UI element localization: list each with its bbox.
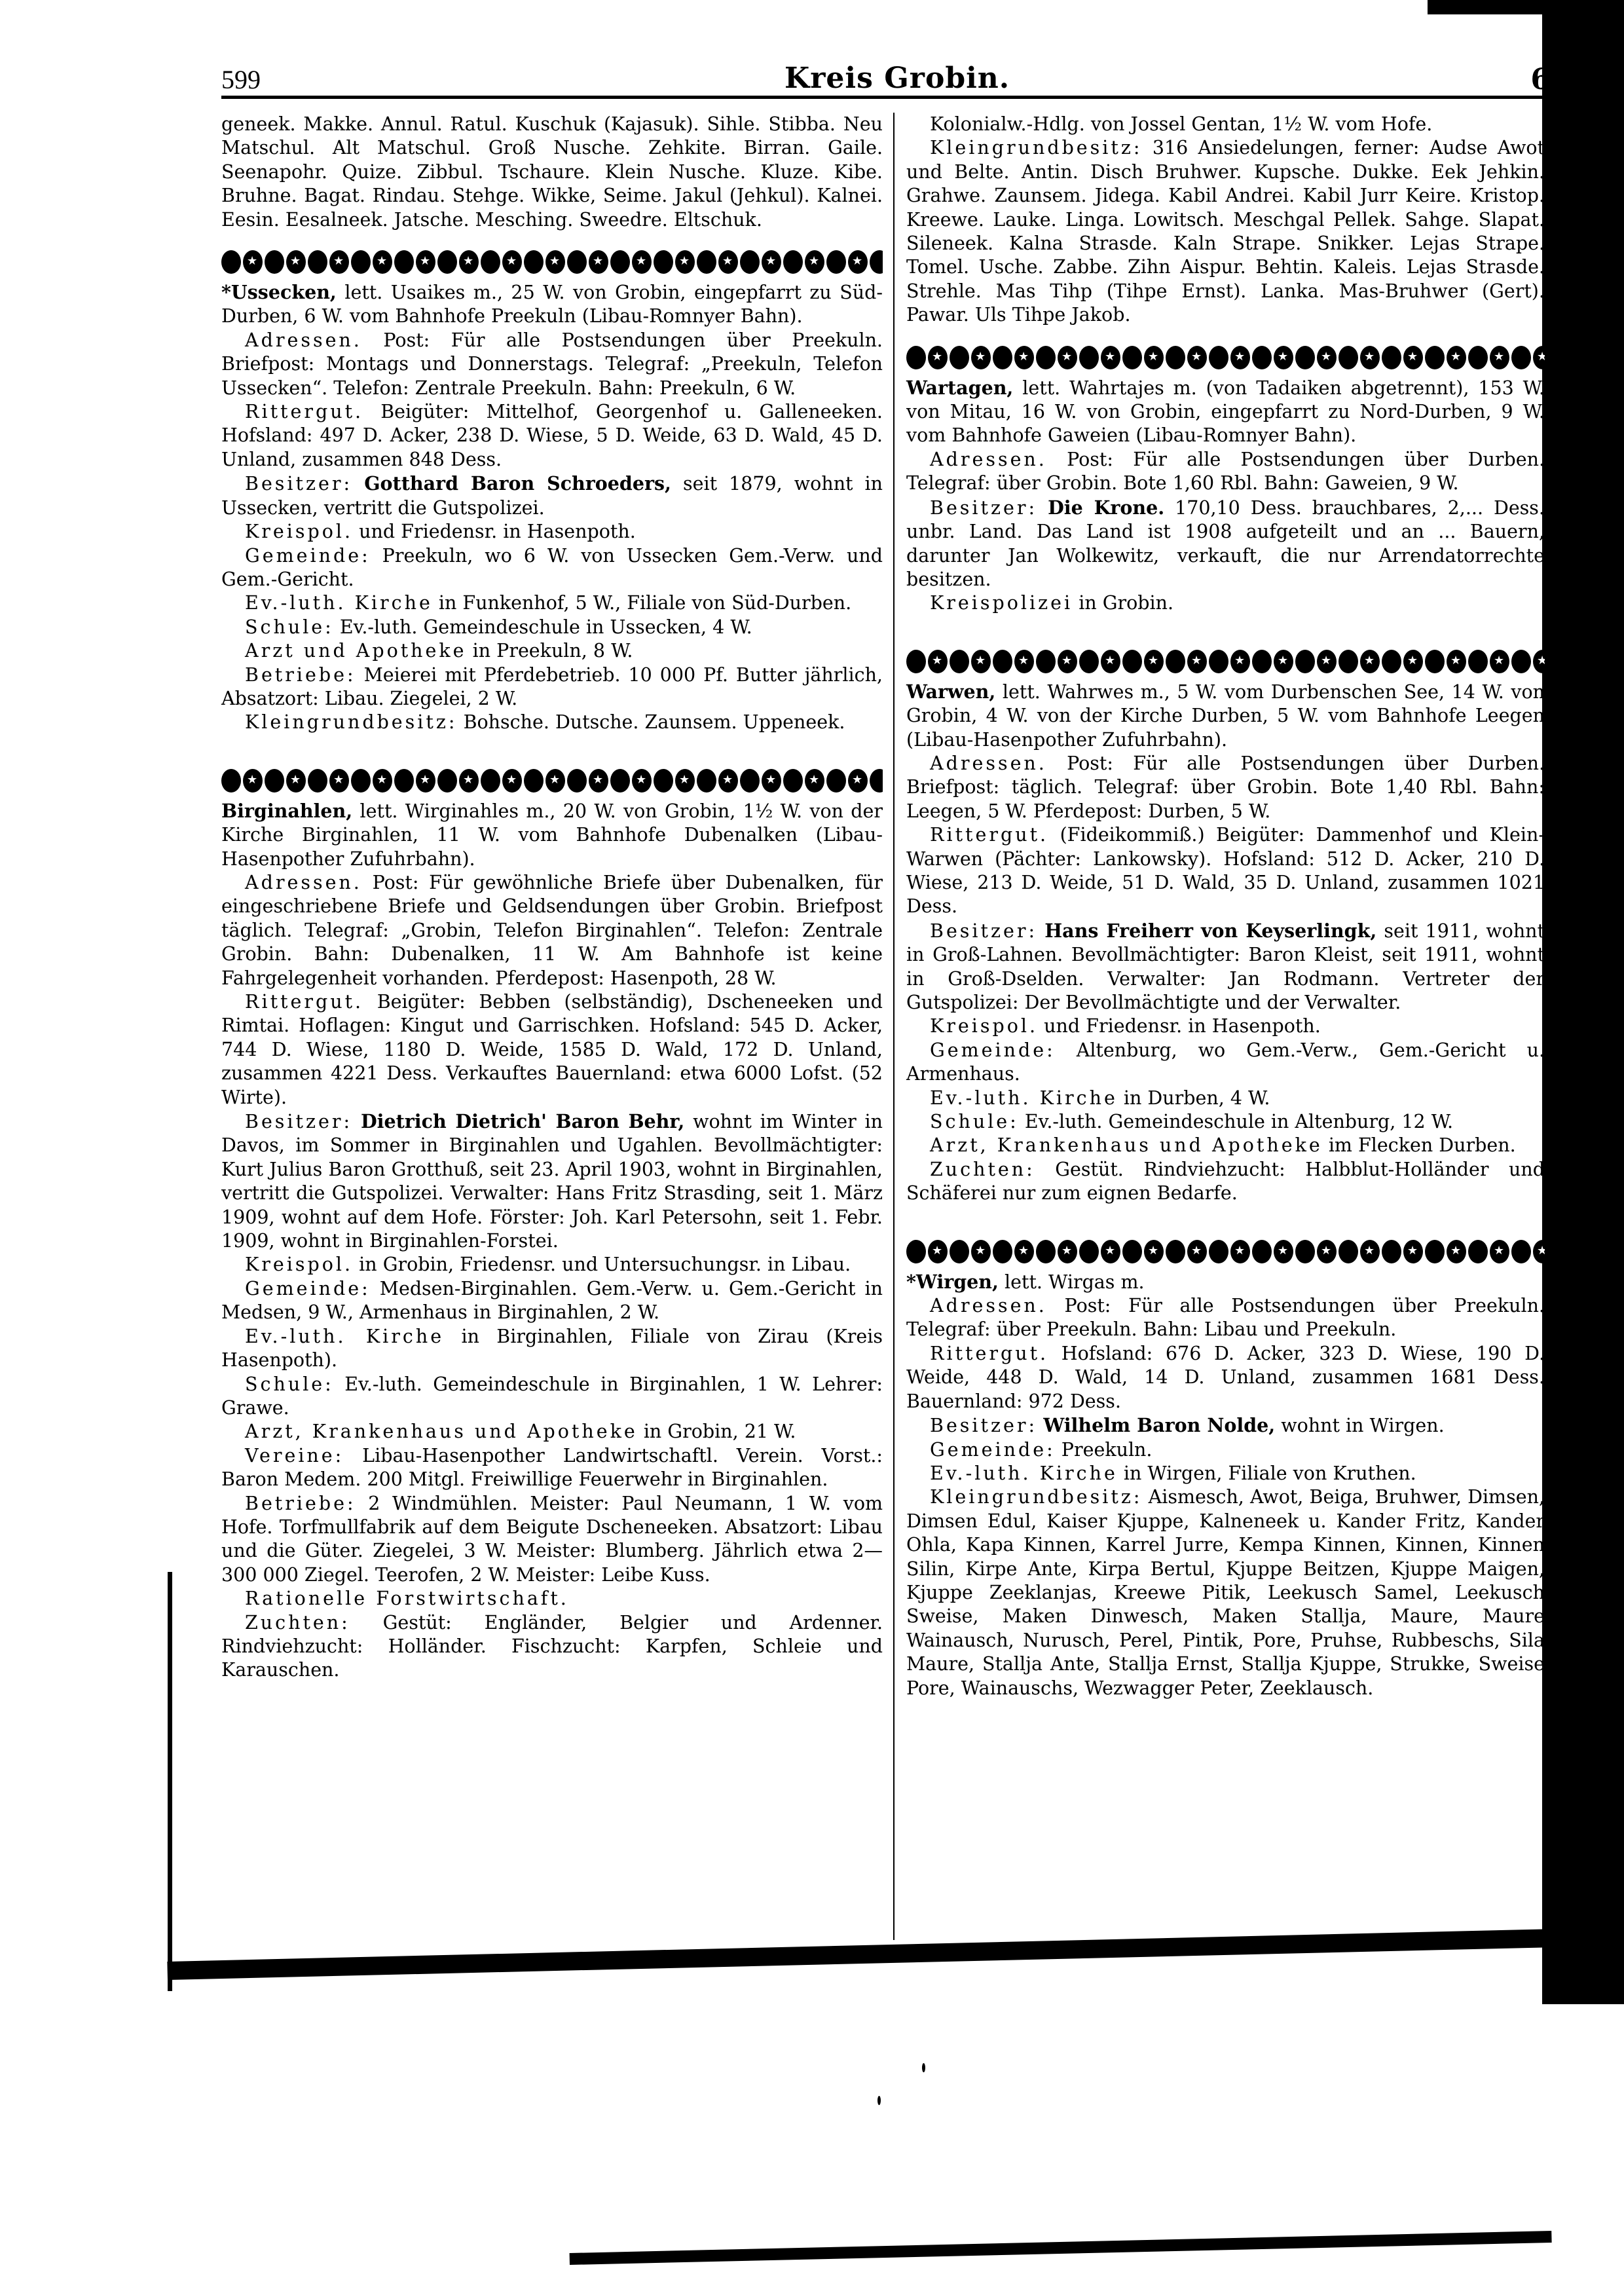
star-dot-icon xyxy=(1101,650,1120,673)
star-dot-icon xyxy=(1058,650,1077,673)
column-divider xyxy=(893,113,895,1940)
entry-paragraph: Rittergut. Beigüter: Bebben (selbständig… xyxy=(221,990,883,1110)
star-dot-icon xyxy=(1230,346,1250,369)
star-dot-icon xyxy=(1274,1240,1293,1263)
star-dot-icon xyxy=(1187,650,1207,673)
dot-icon xyxy=(993,650,1012,673)
star-dot-icon xyxy=(1014,346,1034,369)
star-dot-icon xyxy=(1360,650,1380,673)
dot-icon xyxy=(1338,346,1358,369)
dot-icon xyxy=(394,250,414,274)
dot-icon xyxy=(394,769,414,793)
entry-paragraph: Adressen. Post: Für alle Postsendungen ü… xyxy=(221,329,883,400)
dot-icon xyxy=(221,769,241,793)
star-dot-icon xyxy=(1058,1240,1077,1263)
directory-entry: *Wirgen, lett. Wirgas m.Adressen. Post: … xyxy=(906,1270,1545,1700)
field-label: Rittergut. xyxy=(930,1343,1048,1364)
entry-paragraph: Ev.-luth. Kirche in Funkenhof, 5 W., Fil… xyxy=(221,591,883,615)
star-dot-icon xyxy=(1317,346,1337,369)
star-dot-icon xyxy=(971,1240,991,1263)
star-dot-icon xyxy=(459,250,479,274)
scan-speck xyxy=(877,2096,881,2105)
entry-paragraph: Adressen. Post: Für alle Postsendungen ü… xyxy=(906,752,1545,823)
dot-icon xyxy=(906,650,926,673)
field-label: Gemeinde: xyxy=(245,1278,371,1299)
entry-paragraph: Rationelle Forstwirtschaft. xyxy=(221,1587,883,1611)
star-dot-icon xyxy=(1101,346,1120,369)
star-dot-icon xyxy=(589,769,608,793)
field-text: lett. Wirgas m. xyxy=(1005,1271,1145,1293)
star-dot-icon xyxy=(805,250,824,274)
entry-paragraph: Kreispol. und Friedensr. in Hasenpoth. xyxy=(221,520,883,544)
field-text: Kolonialw.-Hdlg. von Jossel Gentan, 1½ W… xyxy=(930,113,1432,135)
dot-icon xyxy=(740,769,760,793)
dot-icon xyxy=(437,769,457,793)
dot-icon xyxy=(610,250,630,274)
dot-icon xyxy=(1036,650,1056,673)
entry-paragraph: Betriebe: 2 Windmühlen. Meister: Paul Ne… xyxy=(221,1492,883,1588)
star-dot-icon xyxy=(1533,1240,1545,1263)
ornament-divider xyxy=(221,768,883,794)
left-column: geneek. Makke. Annul. Ratul. Kuschuk (Ka… xyxy=(221,113,883,1683)
dot-icon xyxy=(1382,1240,1401,1263)
dot-icon xyxy=(524,769,544,793)
field-label: Zuchten: xyxy=(930,1159,1035,1180)
field-label: Schule: xyxy=(245,1373,334,1395)
star-dot-icon xyxy=(1490,346,1509,369)
star-dot-icon xyxy=(545,769,565,793)
star-dot-icon xyxy=(1447,1240,1466,1263)
field-text: wohnt in Wirgen. xyxy=(1281,1415,1444,1436)
ornament-divider xyxy=(906,345,1545,371)
right-entries: Wartagen, lett. Wahrtajes m. (von Tadaik… xyxy=(906,345,1545,1700)
owner-name: Gotthard Baron Schroeders, xyxy=(364,472,671,494)
field-label: Kreispolizei xyxy=(930,592,1073,614)
star-dot-icon xyxy=(1144,650,1164,673)
dot-icon xyxy=(950,650,969,673)
field-label: Adressen. xyxy=(930,1295,1047,1316)
star-dot-icon xyxy=(1187,1240,1207,1263)
star-dot-icon xyxy=(243,250,263,274)
field-label: Gemeinde: xyxy=(245,545,371,567)
dot-icon xyxy=(1252,650,1272,673)
field-label: Kreispol. xyxy=(245,521,353,542)
entry-title: *Wirgen, xyxy=(906,1271,999,1293)
field-label: Gemeinde: xyxy=(930,1039,1056,1061)
ornament-divider xyxy=(906,648,1545,675)
dot-icon xyxy=(481,250,500,274)
star-dot-icon xyxy=(1274,346,1293,369)
dot-icon xyxy=(265,769,284,793)
field-label: Rittergut. xyxy=(930,824,1048,846)
entry-paragraph: Betriebe: Meierei mit Pferdebetrieb. 10 … xyxy=(221,663,883,711)
star-dot-icon xyxy=(1187,346,1207,369)
star-dot-icon xyxy=(416,250,435,274)
field-label: Vereine: xyxy=(245,1445,344,1466)
dot-icon xyxy=(1468,346,1488,369)
star-dot-icon xyxy=(928,1240,948,1263)
dot-icon xyxy=(1252,346,1272,369)
field-label: Arzt und Apotheke xyxy=(245,640,467,662)
star-dot-icon xyxy=(1403,650,1423,673)
star-dot-icon xyxy=(632,769,652,793)
dot-icon xyxy=(1338,650,1358,673)
dot-icon xyxy=(993,346,1012,369)
star-dot-icon xyxy=(286,769,306,793)
dot-icon xyxy=(610,769,630,793)
entry-paragraph: Schule: Ev.-luth. Gemeindeschule in Alte… xyxy=(906,1110,1545,1134)
field-label: Rittergut. xyxy=(245,401,363,422)
dot-icon xyxy=(906,1240,926,1263)
field-text: Bohsche. Dutsche. Zaunsem. Uppeneek. xyxy=(464,711,845,733)
dot-icon xyxy=(1122,346,1142,369)
star-dot-icon xyxy=(589,250,608,274)
dot-icon xyxy=(1122,1240,1142,1263)
dot-icon xyxy=(351,769,371,793)
dot-icon xyxy=(1209,346,1228,369)
star-dot-icon xyxy=(1058,346,1077,369)
entry-paragraph: Wartagen, lett. Wahrtajes m. (von Tadaik… xyxy=(906,376,1545,448)
field-text: in Wirgen, Filiale von Kruthen. xyxy=(1124,1463,1416,1484)
dot-icon xyxy=(1252,1240,1272,1263)
scan-border-left xyxy=(168,1572,172,1991)
entry-paragraph: *Wirgen, lett. Wirgas m. xyxy=(906,1270,1545,1294)
star-dot-icon xyxy=(1360,1240,1380,1263)
ornament-divider xyxy=(906,1239,1545,1265)
field-label: Gemeinde: xyxy=(930,1439,1056,1461)
field-label: Besitzer: xyxy=(930,497,1037,519)
dot-icon xyxy=(1079,1240,1099,1263)
star-dot-icon xyxy=(1490,650,1509,673)
scan-border-right xyxy=(1542,0,1624,2004)
entry-paragraph: Gemeinde: Altenburg, wo Gem.-Verw., Gem.… xyxy=(906,1039,1545,1087)
entry-paragraph: Gemeinde: Preekuln, wo 6 W. von Ussecken… xyxy=(221,544,883,592)
field-text: in Preekuln, 8 W. xyxy=(473,640,633,662)
star-dot-icon xyxy=(1533,650,1545,673)
continuation-text: Kolonialw.-Hdlg. von Jossel Gentan, 1½ W… xyxy=(906,113,1545,327)
star-dot-icon xyxy=(971,346,991,369)
star-dot-icon xyxy=(848,250,868,274)
entry-paragraph: Kreispol. in Grobin, Friedensr. und Unte… xyxy=(221,1253,883,1277)
dot-icon xyxy=(950,1240,969,1263)
star-dot-icon xyxy=(1144,1240,1164,1263)
field-label: Zuchten: xyxy=(245,1612,350,1633)
dot-icon xyxy=(1209,1240,1228,1263)
field-text: in Grobin. xyxy=(1079,592,1173,614)
spacer xyxy=(221,735,883,751)
field-label: Kreispol. xyxy=(930,1015,1038,1037)
dot-icon xyxy=(1295,346,1315,369)
field-text: in Grobin, 21 W. xyxy=(644,1421,796,1442)
entry-paragraph: Kreispolizei in Grobin. xyxy=(906,591,1545,615)
scan-edge-lower xyxy=(570,2231,1552,2265)
entry-paragraph: Rittergut. Hofsland: 676 D. Acker, 323 D… xyxy=(906,1342,1545,1413)
star-dot-icon xyxy=(762,250,781,274)
dot-icon xyxy=(1511,1240,1531,1263)
entry-paragraph: Vereine: Libau-Hasenpother Landwirtschaf… xyxy=(221,1444,883,1492)
continuation-text: geneek. Makke. Annul. Ratul. Kuschuk (Ka… xyxy=(221,113,883,232)
dot-icon xyxy=(1166,1240,1185,1263)
field-label: Arzt, Krankenhaus und Apotheke xyxy=(245,1421,638,1442)
entry-paragraph: Kolonialw.-Hdlg. von Jossel Gentan, 1½ W… xyxy=(906,113,1545,136)
dot-icon xyxy=(906,346,926,369)
dot-icon xyxy=(826,250,846,274)
scan-border-bottom xyxy=(167,1929,1550,1980)
dot-icon xyxy=(1295,1240,1315,1263)
dot-icon xyxy=(1036,1240,1056,1263)
field-label: Adressen. xyxy=(245,329,362,351)
star-dot-icon xyxy=(1014,650,1034,673)
field-label: Ev.-luth. Kirche xyxy=(930,1087,1118,1109)
dot-icon xyxy=(265,250,284,274)
entry-paragraph: Arzt, Krankenhaus und Apotheke im Flecke… xyxy=(906,1134,1545,1157)
star-dot-icon xyxy=(675,250,695,274)
dot-icon xyxy=(221,250,241,274)
star-dot-icon xyxy=(1447,650,1466,673)
dot-icon xyxy=(783,250,803,274)
star-dot-icon xyxy=(373,769,392,793)
dot-icon xyxy=(697,250,716,274)
star-dot-icon xyxy=(416,769,435,793)
field-label: Kleingrundbesitz: xyxy=(245,711,458,733)
entry-paragraph: Besitzer: Dietrich Dietrich' Baron Behr,… xyxy=(221,1110,883,1253)
field-label: Kreispol. xyxy=(245,1254,353,1275)
entry-paragraph: Kleingrundbesitz: Aismesch, Awot, Beiga,… xyxy=(906,1485,1545,1700)
field-text: im Flecken Durben. xyxy=(1329,1134,1516,1156)
dot-icon xyxy=(1511,346,1531,369)
dot-icon xyxy=(1425,346,1445,369)
entry-paragraph: Ev.-luth. Kirche in Durben, 4 W. xyxy=(906,1087,1545,1110)
left-entries: *Ussecken, lett. Usaikes m., 25 W. von G… xyxy=(221,249,883,1683)
field-label: Besitzer: xyxy=(930,1415,1037,1436)
star-dot-icon xyxy=(971,650,991,673)
star-dot-icon xyxy=(329,250,349,274)
entry-paragraph: Warwen, lett. Wahrwes m., 5 W. vom Durbe… xyxy=(906,680,1545,752)
field-label: Rittergut. xyxy=(245,991,363,1013)
dot-icon xyxy=(1468,1240,1488,1263)
star-dot-icon xyxy=(1447,346,1466,369)
star-dot-icon xyxy=(1490,1240,1509,1263)
entry-paragraph: Gemeinde: Preekuln. xyxy=(906,1438,1545,1462)
field-text: in Grobin, Friedensr. und Untersuchungsr… xyxy=(359,1254,851,1275)
ornament-divider xyxy=(221,249,883,275)
directory-entry: Warwen, lett. Wahrwes m., 5 W. vom Durbe… xyxy=(906,680,1545,1206)
field-text: Ev.-luth. Gemeindeschule in Ussecken, 4 … xyxy=(340,616,752,638)
dot-icon xyxy=(950,346,969,369)
dot-icon xyxy=(826,769,846,793)
entry-title: Birginahlen, xyxy=(221,800,352,822)
star-dot-icon xyxy=(928,650,948,673)
field-label: Kleingrundbesitz: xyxy=(930,1486,1143,1508)
dot-icon xyxy=(1079,650,1099,673)
dot-icon xyxy=(870,250,883,274)
dot-icon xyxy=(308,250,327,274)
star-dot-icon xyxy=(373,250,392,274)
field-label: Besitzer: xyxy=(245,1111,352,1132)
dot-icon xyxy=(1166,650,1185,673)
dot-icon xyxy=(1425,650,1445,673)
field-text: Preekuln. xyxy=(1061,1439,1153,1461)
entry-paragraph: Schule: Ev.-luth. Gemeindeschule in Usse… xyxy=(221,616,883,639)
field-text: in Funkenhof, 5 W., Filiale von Süd-Durb… xyxy=(439,592,851,614)
entry-paragraph: Ev.-luth. Kirche in Birginahlen, Filiale… xyxy=(221,1325,883,1373)
entry-paragraph: Kleingrundbesitz: Bohsche. Dutsche. Zaun… xyxy=(221,711,883,734)
star-dot-icon xyxy=(502,250,522,274)
star-dot-icon xyxy=(762,769,781,793)
page-number: 599 xyxy=(221,64,261,95)
entry-paragraph: Besitzer: Hans Freiherr von Keyserlingk,… xyxy=(906,919,1545,1015)
entry-paragraph: *Ussecken, lett. Usaikes m., 25 W. von G… xyxy=(221,280,883,329)
star-dot-icon xyxy=(718,769,738,793)
entry-paragraph: Ev.-luth. Kirche in Wirgen, Filiale von … xyxy=(906,1462,1545,1485)
field-label: Betriebe: xyxy=(245,1493,356,1514)
field-text: in Durben, 4 W. xyxy=(1124,1087,1270,1109)
star-dot-icon xyxy=(1274,650,1293,673)
dot-icon xyxy=(481,769,500,793)
star-dot-icon xyxy=(459,769,479,793)
entry-paragraph: Besitzer: Gotthard Baron Schroeders, sei… xyxy=(221,472,883,520)
entry-paragraph: Arzt und Apotheke in Preekuln, 8 W. xyxy=(221,639,883,663)
field-text: Aismesch, Awot, Beiga, Bruhwer, Dimsen, … xyxy=(906,1486,1545,1698)
directory-entry: Wartagen, lett. Wahrtajes m. (von Tadaik… xyxy=(906,376,1545,616)
field-text: 316 Ansiedelungen, ferner: Audse Awot un… xyxy=(906,137,1545,326)
star-dot-icon xyxy=(675,769,695,793)
star-dot-icon xyxy=(1317,1240,1337,1263)
dot-icon xyxy=(1382,650,1401,673)
right-column: Kolonialw.-Hdlg. von Jossel Gentan, 1½ W… xyxy=(906,113,1545,1700)
dot-icon xyxy=(740,250,760,274)
star-dot-icon xyxy=(1403,1240,1423,1263)
field-label: Besitzer: xyxy=(245,473,352,494)
entry-paragraph: Adressen. Post: Für alle Postsendungen ü… xyxy=(906,448,1545,496)
star-dot-icon xyxy=(928,346,948,369)
field-label: Schule: xyxy=(245,616,334,638)
star-dot-icon xyxy=(1317,650,1337,673)
field-text: und Friedensr. in Hasenpoth. xyxy=(1044,1015,1321,1037)
dot-icon xyxy=(437,250,457,274)
star-dot-icon xyxy=(243,769,263,793)
owner-name: Hans Freiherr von Keyserlingk, xyxy=(1044,920,1376,942)
entry-title: Warwen, xyxy=(906,681,995,703)
dot-icon xyxy=(524,250,544,274)
star-dot-icon xyxy=(1360,346,1380,369)
star-dot-icon xyxy=(1533,346,1545,369)
dot-icon xyxy=(567,250,587,274)
dot-icon xyxy=(308,769,327,793)
field-label: Besitzer: xyxy=(930,920,1037,942)
entry-paragraph: Zuchten: Gestüt. Rindviehzucht: Halbblut… xyxy=(906,1158,1545,1206)
dot-icon xyxy=(870,769,883,793)
dot-icon xyxy=(351,250,371,274)
star-dot-icon xyxy=(329,769,349,793)
star-dot-icon xyxy=(1403,346,1423,369)
dot-icon xyxy=(697,769,716,793)
field-label: Ev.-luth. Kirche xyxy=(245,1326,444,1347)
field-label: Rationelle Forstwirtschaft. xyxy=(245,1588,569,1609)
field-label: Schule: xyxy=(930,1111,1019,1132)
dot-icon xyxy=(1122,650,1142,673)
entry-paragraph: Schule: Ev.-luth. Gemeindeschule in Birg… xyxy=(221,1373,883,1421)
entry-title: Wartagen, xyxy=(906,377,1013,399)
field-label: Arzt, Krankenhaus und Apotheke xyxy=(930,1134,1323,1156)
dot-icon xyxy=(567,769,587,793)
star-dot-icon xyxy=(848,769,868,793)
entry-paragraph: Kreispol. und Friedensr. in Hasenpoth. xyxy=(906,1015,1545,1038)
scan-speck xyxy=(922,2063,925,2072)
dot-icon xyxy=(1166,346,1185,369)
star-dot-icon xyxy=(1014,1240,1034,1263)
star-dot-icon xyxy=(632,250,652,274)
field-text: lett. Wahrwes m., 5 W. vom Durbenschen S… xyxy=(906,681,1545,751)
field-label: Adressen. xyxy=(245,872,362,893)
owner-name: Wilhelm Baron Nolde, xyxy=(1043,1414,1275,1436)
dot-icon xyxy=(783,769,803,793)
star-dot-icon xyxy=(718,250,738,274)
star-dot-icon xyxy=(1144,346,1164,369)
field-text: Ev.-luth. Gemeindeschule in Altenburg, 1… xyxy=(1025,1111,1453,1132)
dot-icon xyxy=(1295,650,1315,673)
field-label: Adressen. xyxy=(930,753,1047,774)
entry-title: *Ussecken, xyxy=(221,281,337,303)
dot-icon xyxy=(1425,1240,1445,1263)
field-label: Adressen. xyxy=(930,449,1047,470)
dot-icon xyxy=(654,250,673,274)
entry-paragraph: Rittergut. (Fideikommiß.) Beigüter: Damm… xyxy=(906,823,1545,919)
dot-icon xyxy=(654,769,673,793)
star-dot-icon xyxy=(1230,1240,1250,1263)
entry-paragraph: Kleingrundbesitz: 316 Ansiedelungen, fer… xyxy=(906,136,1545,327)
entry-paragraph: Besitzer: Wilhelm Baron Nolde, wohnt in … xyxy=(906,1413,1545,1438)
star-dot-icon xyxy=(502,769,522,793)
entry-paragraph: Arzt, Krankenhaus und Apotheke in Grobin… xyxy=(221,1420,883,1444)
field-label: Kleingrundbesitz: xyxy=(930,137,1143,159)
star-dot-icon xyxy=(805,769,824,793)
star-dot-icon xyxy=(1230,650,1250,673)
entry-paragraph: Rittergut. Beigüter: Mittelhof, Georgenh… xyxy=(221,400,883,472)
star-dot-icon xyxy=(286,250,306,274)
dot-icon xyxy=(1036,346,1056,369)
dot-icon xyxy=(1338,1240,1358,1263)
dot-icon xyxy=(1209,650,1228,673)
page-number-fragment: 6 xyxy=(1530,63,1551,96)
directory-entry: Birginahlen, lett. Wirginahles m., 20 W.… xyxy=(221,799,883,1683)
owner-name: Dietrich Dietrich' Baron Behr, xyxy=(361,1110,684,1132)
dot-icon xyxy=(1382,346,1401,369)
dot-icon xyxy=(1468,650,1488,673)
entry-paragraph: Gemeinde: Medsen-Birginahlen. Gem.-Verw.… xyxy=(221,1277,883,1325)
star-dot-icon xyxy=(545,250,565,274)
field-label: Ev.-luth. Kirche xyxy=(245,592,433,614)
running-title: Kreis Grobin. xyxy=(784,62,1010,95)
field-text: und Friedensr. in Hasenpoth. xyxy=(359,521,636,542)
entry-paragraph: Birginahlen, lett. Wirginahles m., 20 W.… xyxy=(221,799,883,871)
owner-name: Die Krone. xyxy=(1048,496,1164,519)
directory-entry: *Ussecken, lett. Usaikes m., 25 W. von G… xyxy=(221,280,883,735)
spacer xyxy=(906,616,1545,631)
field-label: Ev.-luth. Kirche xyxy=(930,1463,1118,1484)
spacer xyxy=(906,1206,1545,1222)
dot-icon xyxy=(1079,346,1099,369)
entry-paragraph: Zuchten: Gestüt: Engländer, Belgier und … xyxy=(221,1611,883,1683)
page-header: 599 Kreis Grobin. 6 xyxy=(221,64,1551,98)
header-rule xyxy=(221,96,1551,99)
entry-paragraph: Adressen. Post: Für gewöhnliche Briefe ü… xyxy=(221,871,883,990)
entry-paragraph: Besitzer: Die Krone. 170,10 Dess. brauch… xyxy=(906,496,1545,592)
entry-paragraph: Adressen. Post: Für alle Postsendungen ü… xyxy=(906,1294,1545,1342)
dot-icon xyxy=(993,1240,1012,1263)
star-dot-icon xyxy=(1101,1240,1120,1263)
dot-icon xyxy=(1511,650,1531,673)
